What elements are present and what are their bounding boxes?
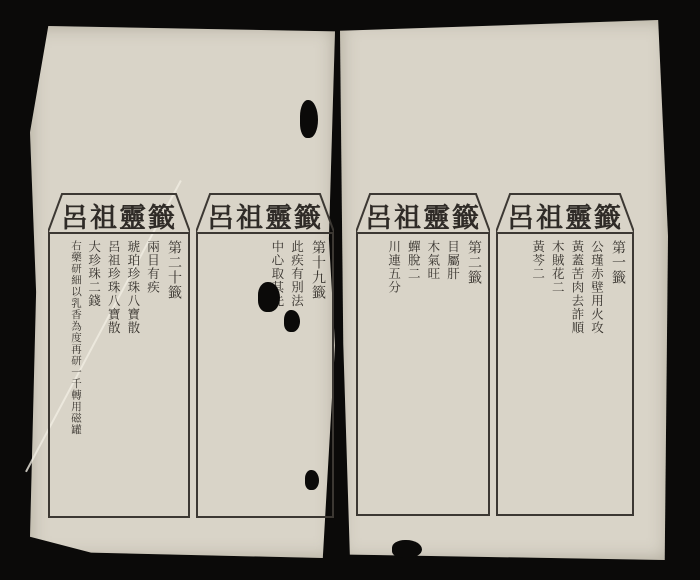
slip-line: 目屬肝 <box>445 240 461 508</box>
ink-blot <box>258 282 280 312</box>
slip-title: 呂祖靈籤 <box>358 196 488 235</box>
slip-number: 第一籤 <box>609 240 627 508</box>
slip-line: 此疾有別法 <box>289 240 305 510</box>
slip-number: 第二十籤 <box>165 240 183 510</box>
slip-line: 中心取其先 <box>269 240 285 510</box>
slip-title: 呂祖靈籤 <box>498 196 632 235</box>
ink-blot <box>305 470 319 490</box>
slip-line: 琥珀珍珠八寶散 <box>125 240 141 510</box>
slip-title: 呂祖靈籤 <box>50 196 188 235</box>
ink-blot <box>284 310 300 332</box>
slip-line: 公瑾赤壁用火攻 <box>589 240 605 508</box>
slip-line: 蟬脫二 <box>406 240 422 508</box>
ink-blot <box>300 100 318 138</box>
slip-line: 兩目有疾 <box>145 240 161 510</box>
slip-line: 呂祖珍珠八寶散 <box>106 240 122 510</box>
slip-2: 呂祖靈籤 第二籤 目屬肝 木氣旺 蟬脫二 川連五分 <box>356 232 490 516</box>
slip-line: 黃蓋苦肉去詐順 <box>569 240 585 508</box>
slip-line: 右藥研細以乳香為度再研一千轉用磁罐 <box>69 240 82 510</box>
slip-line: 木氣旺 <box>425 240 441 508</box>
ink-blot <box>392 540 422 558</box>
slip-line: 木賊花二 <box>550 240 566 508</box>
slip-number: 第二籤 <box>465 240 483 508</box>
slip-line: 大珍珠二錢 <box>86 240 102 510</box>
slip-line: 黃芩二 <box>530 240 546 508</box>
slip-line: 川連五分 <box>386 240 402 508</box>
slip-1: 呂祖靈籤 第一籤 公瑾赤壁用火攻 黃蓋苦肉去詐順 木賊花二 黃芩二 <box>496 232 634 516</box>
slip-title: 呂祖靈籤 <box>198 196 332 235</box>
slip-4: 呂祖靈籤 第二十籤 兩目有疾 琥珀珍珠八寶散 呂祖珍珠八寶散 大珍珠二錢 右藥研… <box>48 232 190 518</box>
